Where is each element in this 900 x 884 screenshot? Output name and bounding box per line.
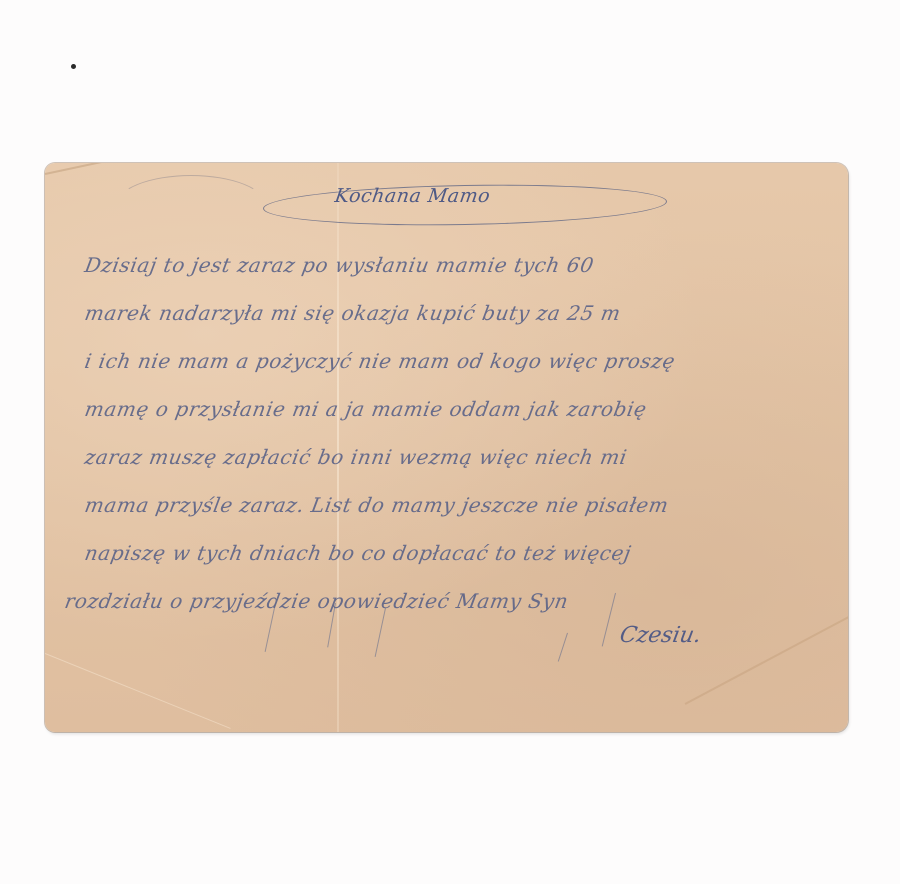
fold-crease-bottom-left <box>45 653 231 729</box>
letter-line: marek nadarzyła mi się okazja kupić buty… <box>83 301 623 325</box>
fold-crease-top-left <box>45 163 163 174</box>
letter-line: mamę o przysłanie mi a ja mamie oddam ja… <box>83 397 649 421</box>
letter-line: zaraz muszę zapłacić bo inni wezmą więc … <box>83 445 629 469</box>
signature: Czesiu. <box>618 623 703 648</box>
pencil-stroke <box>558 633 569 662</box>
pencil-stroke <box>375 608 387 657</box>
postcard: Kochana Mamo Dzisiaj to jest zaraz po wy… <box>45 163 848 732</box>
letter-line: napiszę w tych dniach bo co dopłacać to … <box>83 541 633 565</box>
letter-salutation: Kochana Mamo <box>333 185 491 207</box>
letter-line: i ich nie mam a pożyczyć nie mam od kogo… <box>83 349 677 373</box>
dust-speck <box>71 64 76 69</box>
fold-crease-bottom-right <box>685 590 848 704</box>
letter-line: rozdziału o przyjeździe opowiedzieć Mamy… <box>63 589 571 613</box>
faint-postmark-arc <box>115 175 267 237</box>
letter-line: Dzisiaj to jest zaraz po wysłaniu mamie … <box>83 253 596 277</box>
letter-line: mama przyśle zaraz. List do mamy jeszcze… <box>83 493 671 517</box>
pencil-stroke <box>602 593 617 647</box>
